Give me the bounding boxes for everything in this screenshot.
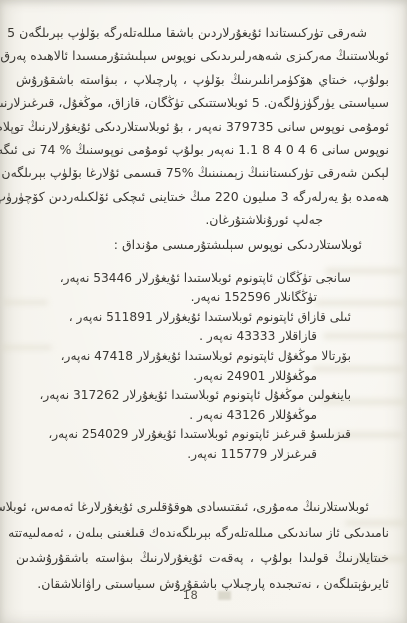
- section-heading: ئوبلاستلاردىكى نوپوس سېلىشتۇرمىسى مۇنداق…: [16, 233, 389, 257]
- paragraph-line: نوپوس سانى ⁦1.1 8 4 0 4 6⁩ نەپەر بولۇپ ئ…: [16, 138, 389, 161]
- paragraph-population-overview: شەرقى تۈركىستاندا ئۇيغۇرلاردىن باشقا مىل…: [16, 21, 389, 232]
- print-artifact: [218, 591, 231, 600]
- paragraph-line: ئوبلاستلارنىڭ مەمۇرى، ئىقتىسادى ھوقۇقلىر…: [16, 494, 389, 520]
- paragraph-line: شەرقى تۈركىستاندا ئۇيغۇرلاردىن باشقا مىل…: [16, 21, 389, 44]
- list-item-oblast: بۆرتالا موڭغۇل ئاپتونوم ئوبلاستىدا ئۇيغۇ…: [16, 347, 389, 367]
- text-column: شەرقى تۈركىستاندا ئۇيغۇرلاردىن باشقا مىل…: [16, 21, 389, 465]
- paragraph-line: لېكىن شەرقى تۈركىستاننىڭ زېمىنىنىڭ ⁦75%⁩…: [16, 161, 389, 184]
- paragraph-administrative-rights: ئوبلاستلارنىڭ مەمۇرى، ئىقتىسادى ھوقۇقلىر…: [16, 494, 389, 596]
- list-item-group: موڭغۇللار 24901 نەپەر.: [16, 367, 389, 387]
- paragraph-line: خىتايلارنىڭ قولىدا بولۇپ ، پەقەت ئۇيغۇرل…: [16, 545, 389, 571]
- paragraph-line: جەلپ ئورۇنلاشتۇرغان.: [16, 208, 389, 231]
- population-list: سانجى تۈڭگان ئاپتونوم ئوبلاستىدا ئۇيغۇرل…: [16, 269, 389, 465]
- scanned-book-page: شەرقى تۈركىستاندا ئۇيغۇرلاردىن باشقا مىل…: [0, 0, 407, 623]
- list-item-oblast: باينغولىن موڭغۇل ئاپتونوم ئوبلاستىدا ئۇي…: [16, 386, 389, 406]
- page-number: 18: [0, 588, 381, 602]
- list-item-group: تۈڭگانلار 152596 نەپەر.: [16, 288, 389, 308]
- list-item-oblast: سانجى تۈڭگان ئاپتونوم ئوبلاستىدا ئۇيغۇرل…: [16, 269, 389, 289]
- paragraph-line: ئومۇمى نوپوس سانى 379735 نەپەر ، بۇ ئوبل…: [16, 115, 389, 138]
- paragraph-line: سىياسىتى يۈرگۈزۈلگەن. 5 ئوبلاستتىكى تۈڭگ…: [16, 91, 389, 114]
- list-item-oblast: ئىلى قازاق ئاپتونوم ئوبلاستىدا ئۇيغۇرلار…: [16, 308, 389, 328]
- paragraph-line: ئوبلاستنىڭ مەركىزى شەھەرلىرىدىكى نوپوس س…: [16, 44, 389, 67]
- list-item-oblast: قىزىلسۇ قىرغىز ئاپتونوم ئوبلاستىدا ئۇيغۇ…: [16, 425, 389, 445]
- list-item-group: قازاقلار 43333 نەپەر .: [16, 327, 389, 347]
- paragraph-line: ھەمدە بۇ يەرلەرگە 3 مىليون 220 مىڭ خىتاي…: [16, 185, 389, 208]
- paragraph-line: بولۇپ، خىتاي ھۆكۈمرانلىرىنىڭ بۆلۈپ ، پار…: [16, 68, 389, 91]
- list-item-group: موڭغۇللار 43126 نەپەر .: [16, 406, 389, 426]
- paragraph-line: نامىدىكى ئاز ساندىكى مىللەتلەرگە بېرىلگە…: [16, 520, 389, 546]
- list-item-group: قىرغىزلار 115779 نەپەر.: [16, 445, 389, 465]
